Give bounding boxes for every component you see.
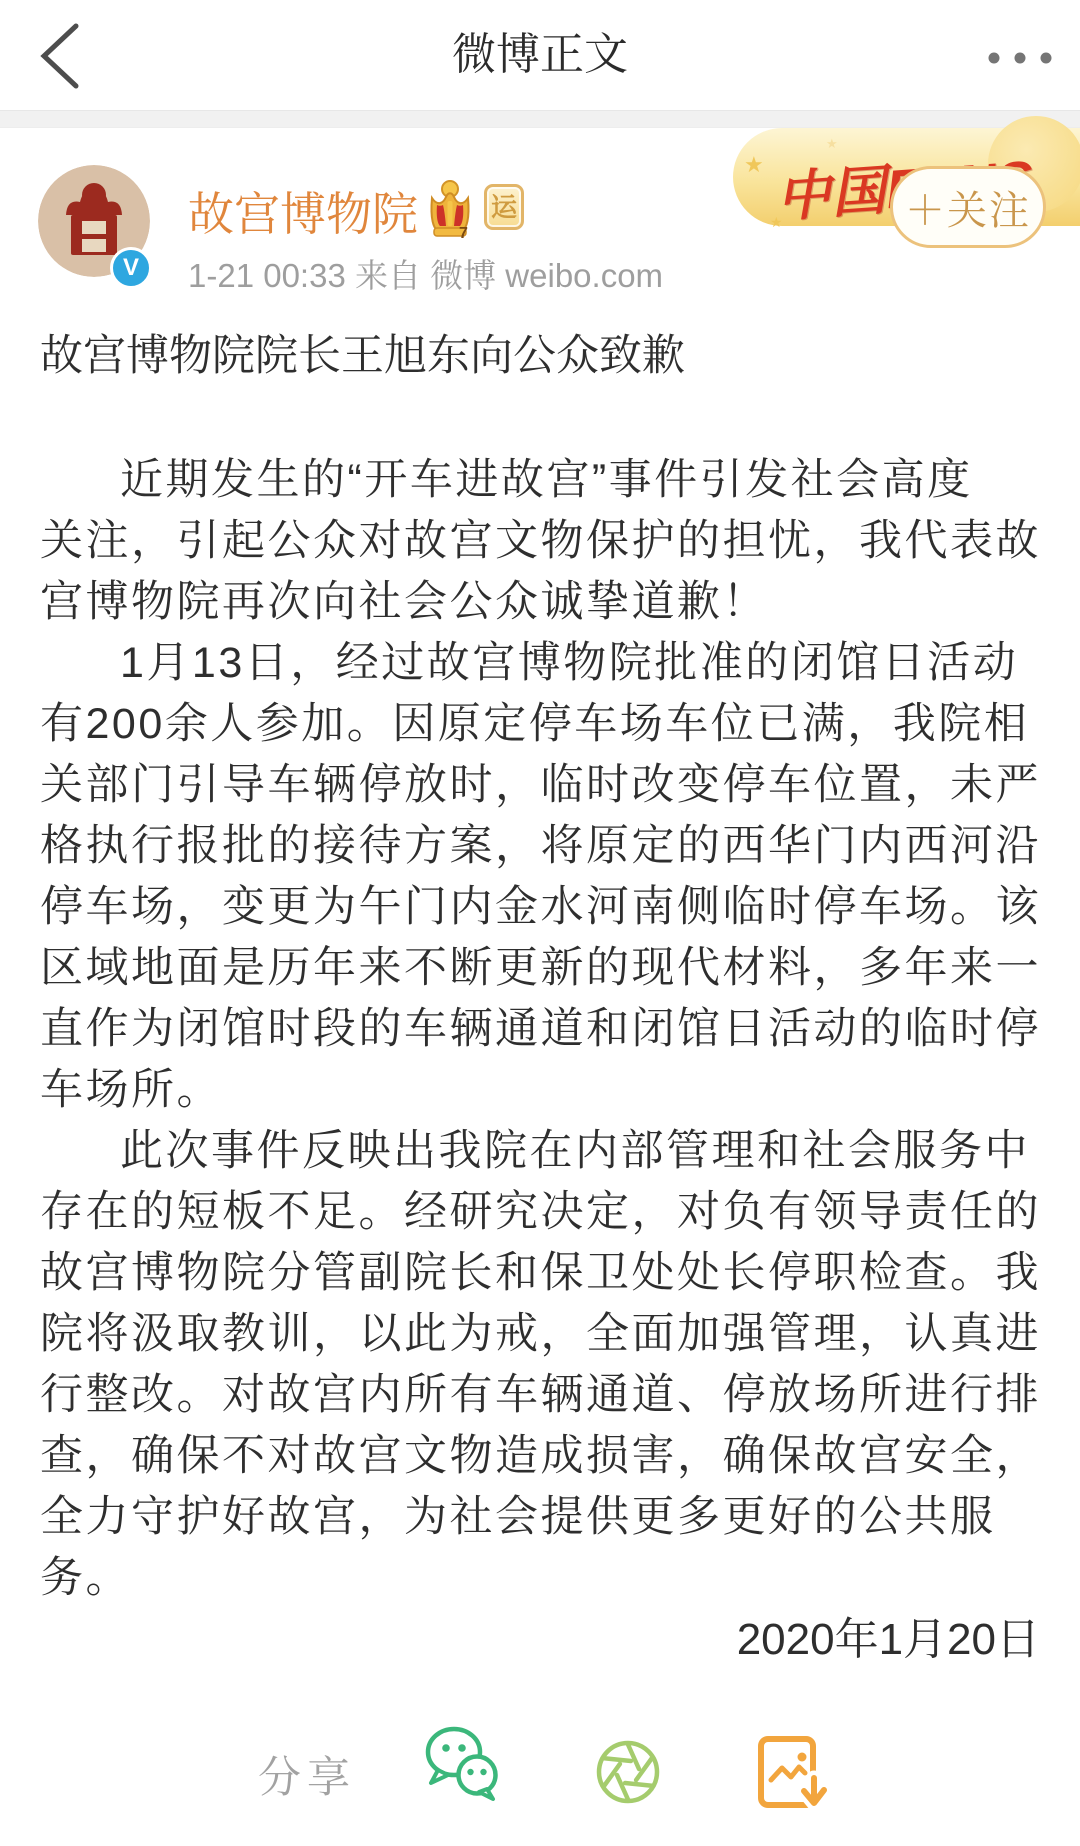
post-text-line: 直作为闭馆时段的车辆通道和闭馆日活动的临时停 bbox=[40, 999, 1040, 1060]
post-text-line: 宫博物院再次向社会公众诚挚道歉！ bbox=[40, 572, 1040, 633]
star-icon: ★ bbox=[826, 136, 838, 152]
more-button[interactable] bbox=[976, 20, 1066, 90]
post-text-line: 全力守护好故宫，为社会提供更多更好的公共服 bbox=[40, 1487, 1040, 1548]
wechat-icon bbox=[420, 1722, 504, 1808]
navbar-divider bbox=[0, 110, 1080, 128]
post-title: 故宫博物院院长王旭东向公众致歉 bbox=[40, 326, 1040, 387]
post-content: 故宫博物院院长王旭东向公众致歉 近期发生的“开车进故宫”事件引发社会高度关注，引… bbox=[40, 326, 1040, 1670]
follow-button[interactable]: ＋关注 bbox=[890, 166, 1046, 248]
vip-level-number: 7 bbox=[459, 225, 468, 239]
post-text-line: 有200余人参加。因原定停车场车位已满，我院相 bbox=[40, 694, 1040, 755]
post-meta: 1-21 00:33 来自 微博 weibo.com bbox=[188, 250, 663, 297]
post-text-line: 此次事件反映出我院在内部管理和社会服务中 bbox=[40, 1121, 1040, 1182]
page-title: 微博正文 bbox=[0, 0, 1080, 110]
share-wechat-button[interactable] bbox=[420, 1722, 504, 1808]
post-text-line: 务。 bbox=[40, 1548, 1040, 1609]
ellipsis-icon bbox=[976, 20, 1066, 90]
post-text-line: 关注，引起公众对故宫文物保护的担忧，我代表故 bbox=[40, 511, 1040, 572]
post-text-line: 院将汲取教训，以此为戒，全面加强管理，认真进 bbox=[40, 1304, 1040, 1365]
post-text-line: 近期发生的“开车进故宫”事件引发社会高度 bbox=[40, 450, 1040, 511]
post-text-line: 1月13日，经过故宫博物院批准的闭馆日活动 bbox=[40, 633, 1040, 694]
wechat-moments-icon bbox=[592, 1736, 664, 1808]
verified-letter: V bbox=[123, 254, 139, 281]
save-image-button[interactable] bbox=[752, 1734, 828, 1814]
post-text-line: 故宫博物院分管副院长和保卫处处长停职检查。我 bbox=[40, 1243, 1040, 1304]
star-icon: ★ bbox=[744, 152, 764, 178]
follow-button-label: ＋关注 bbox=[905, 179, 1031, 236]
org-badge-char: 运 bbox=[491, 192, 517, 222]
share-label[interactable]: 分享 bbox=[258, 1744, 356, 1805]
vip-crown-icon: 7 bbox=[427, 179, 473, 239]
post-text-line: 行整改。对故宫内所有车辆通道、停放场所进行排 bbox=[40, 1365, 1040, 1426]
post-text-line: 停车场，变更为午门内金水河南侧临时停车场。该 bbox=[40, 877, 1040, 938]
share-moments-button[interactable] bbox=[592, 1736, 664, 1808]
post-paragraphs: 近期发生的“开车进故宫”事件引发社会高度关注，引起公众对故宫文物保护的担忧，我代… bbox=[40, 450, 1040, 1609]
weibo-post-page: 微博正文 ★ ★ ★ 中国FANS ＋关注 V 故 bbox=[0, 0, 1080, 1846]
org-badge: 运 bbox=[484, 184, 524, 230]
navbar: 微博正文 bbox=[0, 0, 1080, 110]
post-text-line: 车场所。 bbox=[40, 1060, 1040, 1121]
post-text-line: 查，确保不对故宫文物造成损害，确保故宫安全， bbox=[40, 1426, 1040, 1487]
save-image-icon bbox=[752, 1734, 828, 1814]
user-name[interactable]: 故宫博物院 bbox=[188, 178, 418, 244]
post-text-line: 区域地面是历年来不断更新的现代材料，多年来一 bbox=[40, 938, 1040, 999]
post-date: 2020年1月20日 bbox=[40, 1609, 1040, 1670]
post-text-line: 存在的短板不足。经研究决定，对负有领导责任的 bbox=[40, 1182, 1040, 1243]
post-text-line: 关部门引导车辆停放时，临时改变停车位置，未严 bbox=[40, 755, 1040, 816]
post-text-line: 格执行报批的接待方案，将原定的西华门内西河沿 bbox=[40, 816, 1040, 877]
verified-badge: V bbox=[110, 247, 152, 289]
